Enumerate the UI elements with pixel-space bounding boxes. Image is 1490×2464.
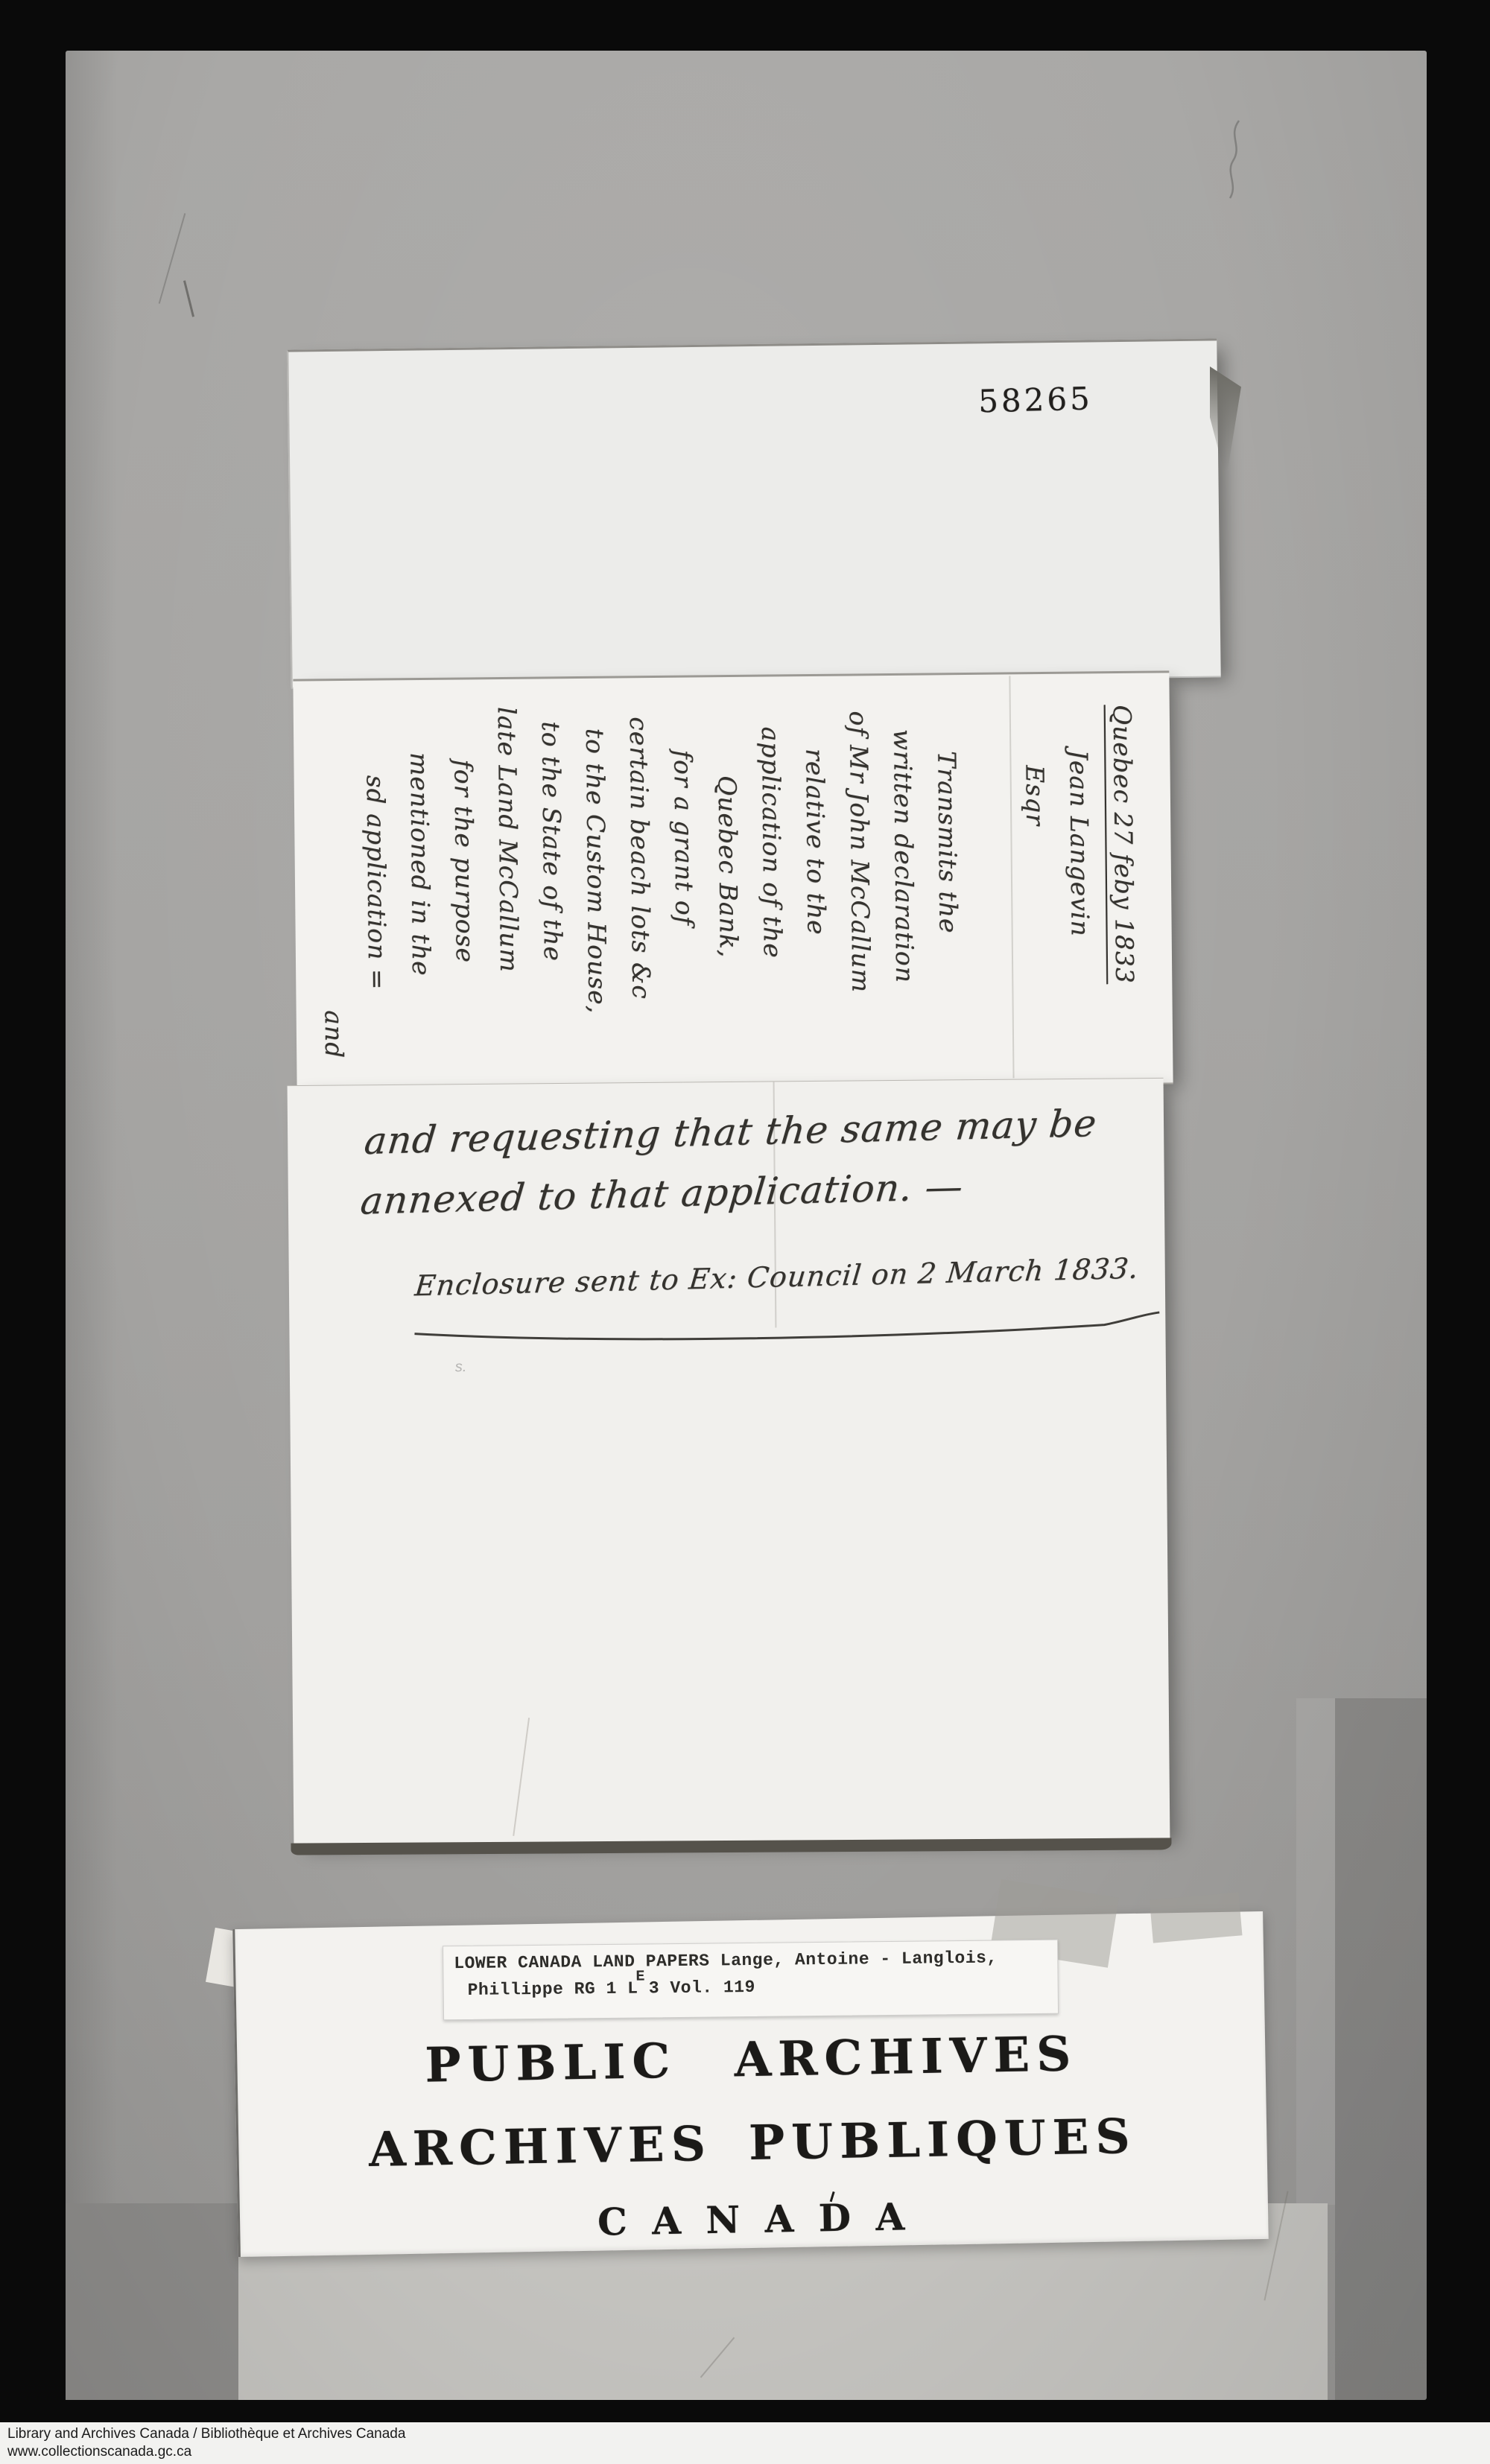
docket-line: late Land McCallum (484, 688, 532, 1078)
docket-line: Transmits the (924, 684, 971, 1073)
archive-card: LOWER CANADA LAND PAPERS Lange, Antoine … (232, 1911, 1268, 2257)
underline-flourish (411, 1311, 1164, 1347)
public-archives-stamp-line: PUBLIC ARCHIVES (237, 2023, 1266, 2097)
docket-line: to the Custom House, (572, 687, 620, 1076)
document-paper-lower-panel: and requesting that the same may be anne… (288, 1078, 1170, 1847)
docket-line: Esqr (1012, 683, 1059, 1073)
docket-line: for the purpose (440, 688, 488, 1078)
pencil-mark: s. (455, 1359, 467, 1376)
docket-line: Jean Langevin (1056, 682, 1103, 1072)
docket-line: sd application = (353, 689, 401, 1079)
footer-url-text: www.collectionscanada.gc.ca (7, 2444, 191, 2460)
docket-line: to the State of the (528, 688, 576, 1077)
footer-institution-text: Library and Archives Canada / Bibliothèq… (7, 2426, 405, 2442)
docket-line: and (309, 690, 357, 1079)
enclosure-note-line: Enclosure sent to Ex: Council on 2 March… (413, 1252, 1141, 1303)
docket-line: Quebec Bank, (704, 686, 752, 1076)
public-archives-stamp-line: ARCHIVES PUBLIQUES (238, 2106, 1267, 2180)
docket-line: mentioned in the (397, 689, 445, 1079)
page-number-stamp: 58265 (978, 380, 1094, 419)
docket-rotated-text: Quebec 27 feby 1833Jean LangevinEsqrTran… (301, 682, 1148, 1079)
docket-line: written declaration (880, 685, 928, 1074)
handwritten-note-line: and requesting that the same may be (362, 1102, 1099, 1163)
document-paper-docket-panel: Quebec 27 feby 1833Jean LangevinEsqrTran… (293, 670, 1173, 1092)
reference-label-line: LOWER CANADA LAND PAPERS Lange, Antoine … (454, 1949, 998, 1974)
reference-label: LOWER CANADA LAND PAPERS Lange, Antoine … (443, 1940, 1059, 2021)
public-archives-stamp-line: C A N A D A (240, 2188, 1269, 2250)
typewriter-stray-character: E (635, 1968, 644, 1985)
footer-strip: Library and Archives Canada / Bibliothèq… (0, 2422, 1490, 2464)
docket-line: relative to the (792, 685, 840, 1075)
document-paper-top-panel: 58265 (287, 338, 1220, 688)
paper-crease (513, 1718, 530, 1836)
docket-line: for a grant of (660, 686, 708, 1076)
tape-piece (1150, 1892, 1243, 1943)
reference-label-line: Phillippe RG 1 L 3 Vol. 119 (468, 1978, 755, 2000)
docket-line: Quebec 27 feby 1833 (1100, 682, 1147, 1072)
docket-line (968, 683, 1015, 1073)
docket-line: certain beach lots &c (616, 687, 664, 1076)
docket-line: application of the (748, 685, 796, 1075)
docket-line: of Mr John McCallum (836, 685, 884, 1074)
pencil-squiggle-mark (1223, 118, 1244, 201)
handwritten-note-line: annexed to that application. — (358, 1165, 965, 1223)
